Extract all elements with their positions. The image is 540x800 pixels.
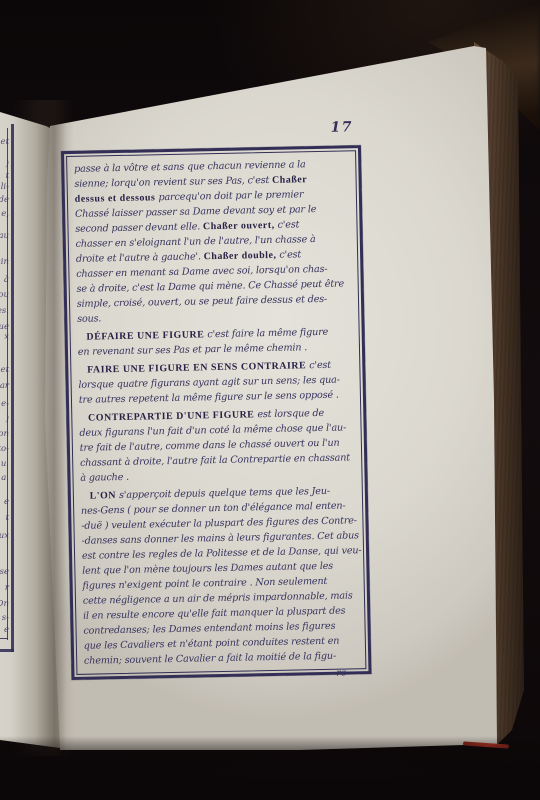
page-text: passe à la vôtre et sans que chacun revi… [74, 156, 362, 672]
bottom-shadow [0, 736, 540, 800]
printed-text-segment: L'ON [90, 490, 120, 502]
script-text-segment: c'est [275, 219, 300, 230]
printed-text-segment: DÉFAIRE UNE FIGURE [86, 329, 207, 342]
text-frame-border: passe à la vôtre et sans que chacun revi… [61, 145, 372, 680]
script-text-segment: est lorsque de [257, 408, 324, 420]
page-content: 17 passe à la vôtre et sans que chacun r… [0, 0, 540, 800]
page-number: 17 [330, 120, 353, 134]
script-text-segment: simple, croisé, ouvert, ou se peut faire… [77, 294, 327, 310]
printed-text-segment: Chaßer ouvert, [203, 220, 275, 232]
script-text-segment: sous. [77, 313, 101, 324]
script-text-segment: en revenant sur ses Pas et par le même c… [78, 342, 308, 358]
printed-text-segment: dessus et dessous [75, 192, 159, 205]
script-text-segment: c'est faire la même figure [207, 327, 328, 340]
script-text-segment: chemin; souvent le Cavalier a fait la mo… [84, 651, 336, 667]
script-text-segment: tre autres repetent la même figure sur l… [79, 389, 339, 405]
text-frame-inner-border: passe à la vôtre et sans que chacun revi… [66, 150, 367, 675]
script-text-segment: droite et l'autre à gauche'. [76, 251, 204, 265]
script-text-segment: c'est [276, 249, 301, 260]
catchword: re [336, 668, 346, 678]
script-text-segment: parcequ'on doit par le premier [158, 189, 303, 203]
printed-text-segment: Chaßer [272, 174, 307, 186]
book-photo: u et)tli-dee,auainàPoues.uexs etare-)ont… [0, 0, 540, 800]
script-text-segment: second passer devant elle. [75, 221, 203, 235]
script-text-segment: à gauche . [80, 472, 129, 484]
script-text-segment: c'est [309, 360, 331, 371]
script-text-segment: sienne; lorqu'on revient sur ses Pas, c'… [74, 175, 272, 190]
printed-text-segment: Chaßer double, [204, 250, 277, 262]
printed-text-segment: CONTREPARTIE D'UNE FIGURE [88, 409, 258, 423]
